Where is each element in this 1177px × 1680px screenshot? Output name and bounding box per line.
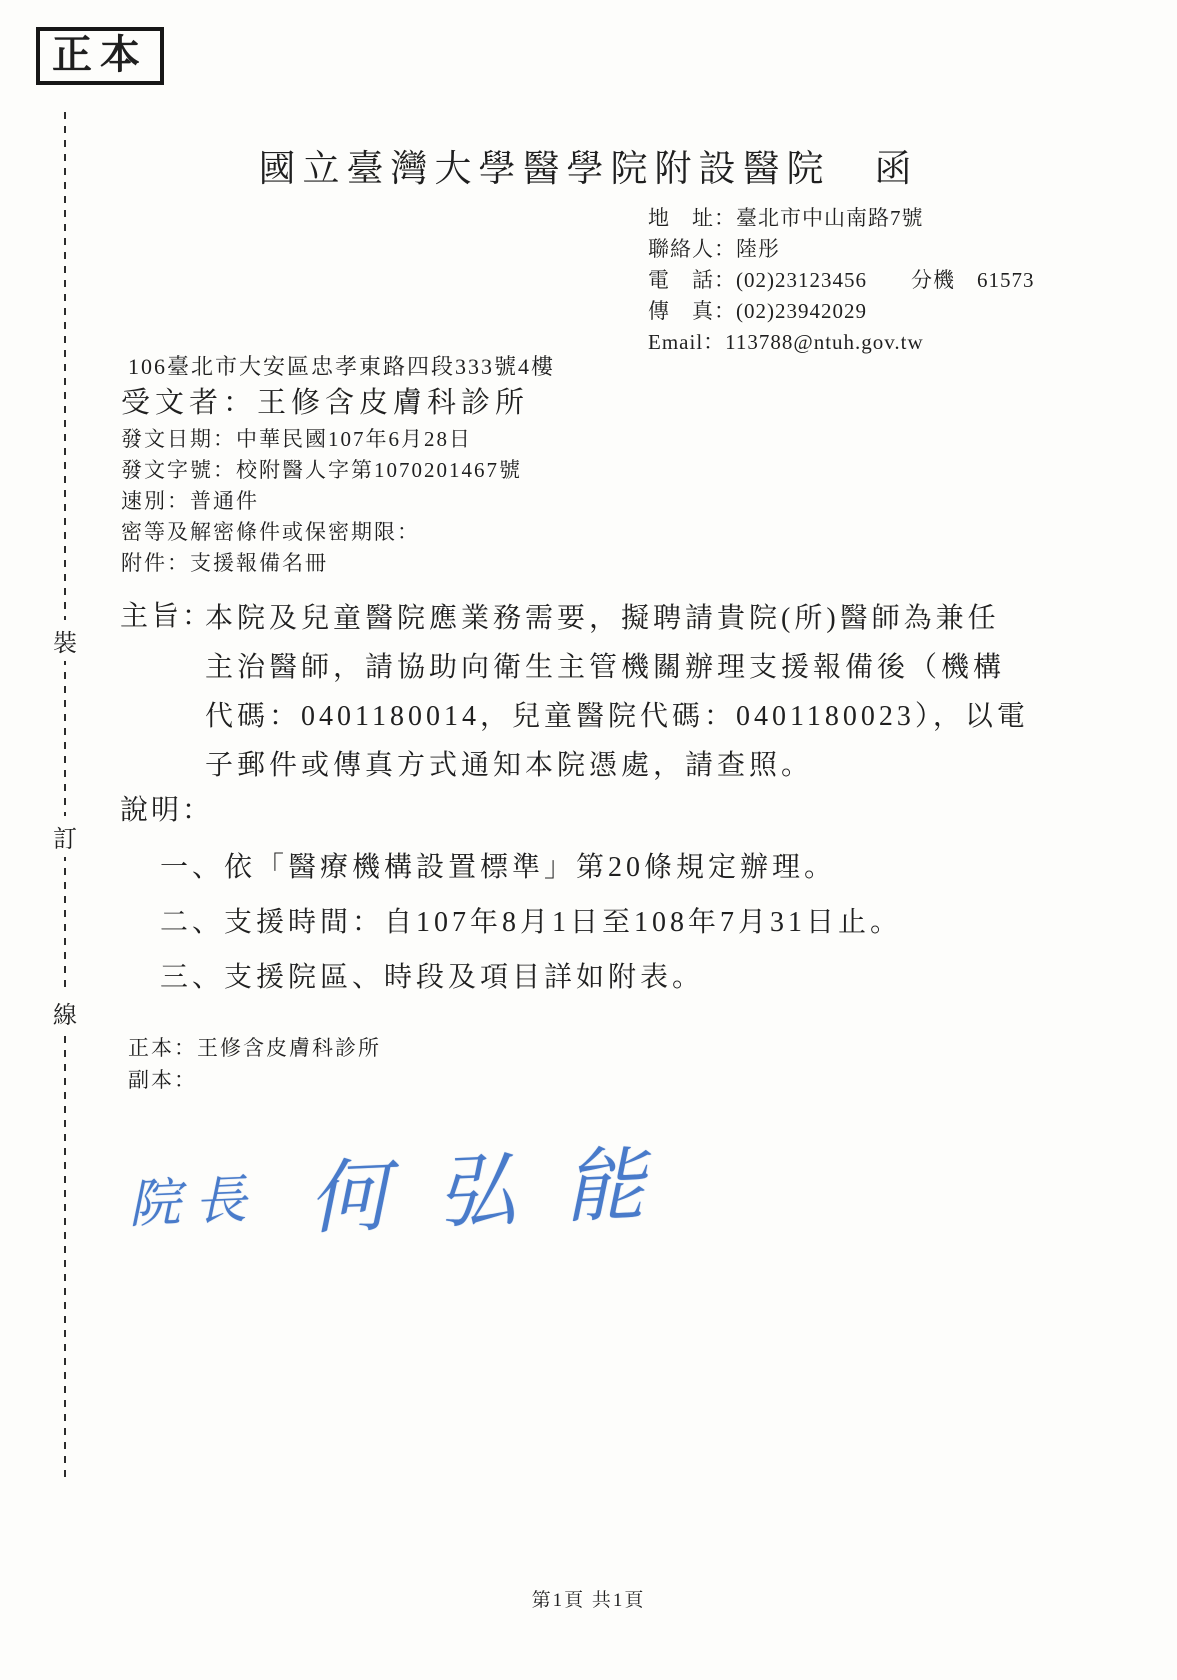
explanation-list: 一、依「醫療機構設置標準」第20條規定辦理。 二、支援時間：自107年8月1日至… bbox=[160, 840, 902, 1005]
meta-issue-date-line: 發文日期：中華民國107年6月28日 bbox=[121, 424, 522, 455]
signature-name: 何弘能 bbox=[306, 1118, 695, 1250]
meta-attachment-line: 附件：支援報備名冊 bbox=[121, 548, 522, 579]
subject-body: 本院及兒童醫院應業務需要，擬聘請貴院(所)醫師為兼任 主治醫師，請協助向衛生主管… bbox=[205, 594, 1029, 790]
subject-line: 代碼：0401180014，兒童醫院代碼：0401180023），以電 bbox=[205, 692, 1029, 741]
binding-mark-zhuang: 裝 bbox=[51, 620, 79, 661]
sender-contact-person-line: 聯絡人：陸彤 bbox=[648, 234, 1035, 265]
meta-doc-number-line: 發文字號：校附醫人字第1070201467號 bbox=[121, 455, 522, 486]
document-title: 國立臺灣大學醫學院附設醫院 函 bbox=[0, 138, 1177, 192]
subject-label: 主旨： bbox=[120, 594, 213, 634]
scanned-letter-page: 正本 國立臺灣大學醫學院附設醫院 函 地 址：臺北市中山南路7號 聯絡人：陸彤 … bbox=[0, 0, 1177, 1680]
binding-dashed-line bbox=[64, 112, 66, 1478]
subject-line: 子郵件或傳真方式通知本院憑處，請查照。 bbox=[205, 741, 1029, 790]
signature-title: 院長 bbox=[127, 1157, 262, 1238]
sender-fax-line: 傳 真：(02)23942029 bbox=[648, 296, 1035, 327]
explanation-label: 說明： bbox=[120, 788, 213, 828]
explanation-item: 三、支援院區、時段及項目詳如附表。 bbox=[160, 950, 902, 1005]
recipient-line: 受文者：王修含皮膚科診所 bbox=[121, 380, 529, 421]
director-signature-stamp: 院長 何弘能 bbox=[126, 1118, 694, 1257]
sender-email-line: Email：113788@ntuh.gov.tw bbox=[648, 327, 1035, 358]
distribution-original-line: 正本：王修含皮膚科診所 bbox=[128, 1032, 381, 1064]
binding-mark-xian: 線 bbox=[51, 992, 79, 1033]
sender-address-line: 地 址：臺北市中山南路7號 bbox=[648, 203, 1035, 234]
distribution-copy-line: 副本： bbox=[128, 1064, 381, 1096]
meta-speed-line: 速別：普通件 bbox=[121, 486, 522, 517]
subject-line: 本院及兒童醫院應業務需要，擬聘請貴院(所)醫師為兼任 bbox=[205, 594, 1029, 643]
subject-line: 主治醫師，請協助向衛生主管機關辦理支援報備後（機構 bbox=[205, 643, 1029, 692]
document-meta-block: 發文日期：中華民國107年6月28日 發文字號：校附醫人字第1070201467… bbox=[121, 424, 522, 579]
binding-mark-ding: 訂 bbox=[51, 816, 79, 857]
sender-contact-block: 地 址：臺北市中山南路7號 聯絡人：陸彤 電 話：(02)23123456 分機… bbox=[648, 203, 1035, 358]
explanation-item: 二、支援時間：自107年8月1日至108年7月31日止。 bbox=[160, 895, 902, 950]
explanation-item: 一、依「醫療機構設置標準」第20條規定辦理。 bbox=[160, 840, 902, 895]
sender-phone-line: 電 話：(02)23123456 分機 61573 bbox=[648, 265, 1035, 296]
original-copy-stamp: 正本 bbox=[36, 27, 164, 85]
original-copy-label: 正本 bbox=[52, 32, 148, 77]
recipient-postal-address: 106臺北市大安區忠孝東路四段333號4樓 bbox=[128, 350, 555, 381]
meta-security-line: 密等及解密條件或保密期限： bbox=[121, 517, 522, 548]
distribution-block: 正本：王修含皮膚科診所 副本： bbox=[128, 1032, 381, 1096]
page-number-footer: 第1頁 共1頁 bbox=[0, 1585, 1177, 1612]
